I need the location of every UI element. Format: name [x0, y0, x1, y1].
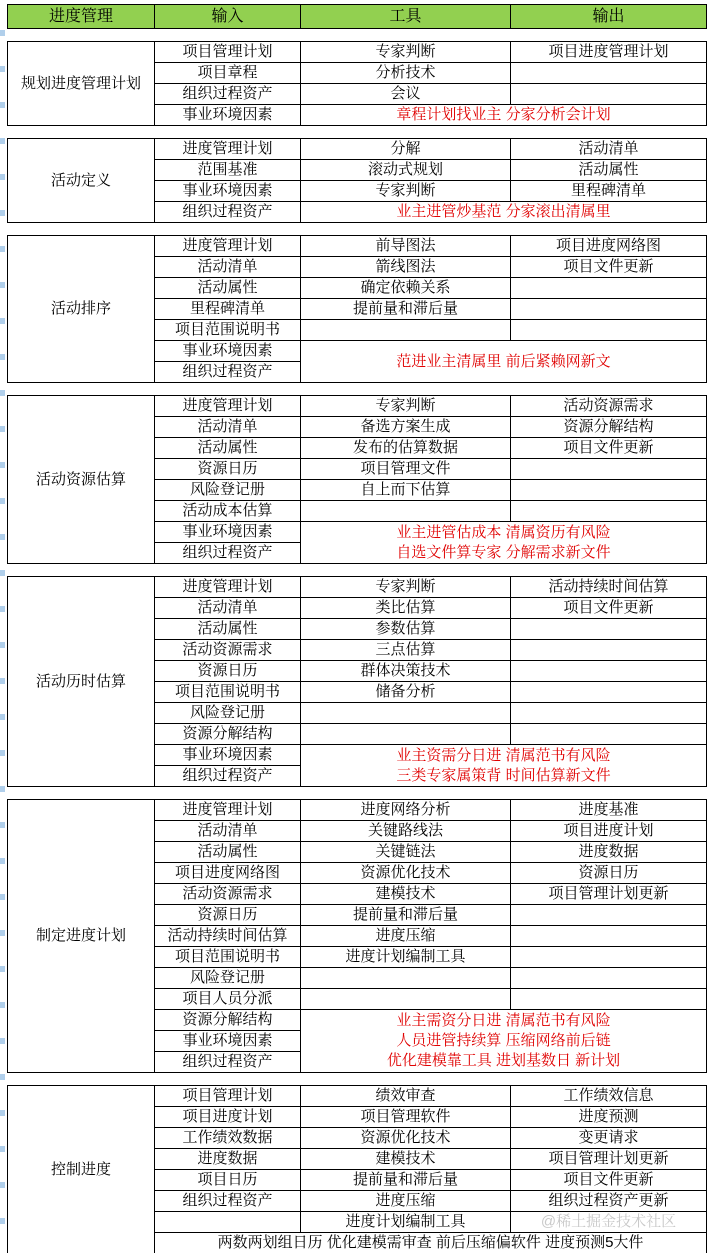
input-cell: 里程碑清单 [155, 299, 301, 320]
output-cell: 活动属性 [511, 160, 707, 181]
tool-cell: 项目管理软件 [301, 1107, 511, 1128]
watermark: @稀土掘金技术社区 [511, 1212, 707, 1233]
section-gap [7, 564, 707, 576]
section-label: 活动资源估算 [8, 396, 155, 564]
output-cell: 项目文件更新 [511, 598, 707, 619]
tool-cell: 提前量和滞后量 [301, 905, 511, 926]
input-cell: 事业环境因素 [155, 1031, 301, 1052]
input-cell: 组织过程资产 [155, 1191, 301, 1212]
tool-cell: 提前量和滞后量 [301, 299, 511, 320]
section-gap [7, 787, 707, 799]
tool-cell: 项目管理文件 [301, 459, 511, 480]
tool-cell: 资源优化技术 [301, 1128, 511, 1149]
tool-cell: 资源优化技术 [301, 863, 511, 884]
tool-cell: 自上而下估算 [301, 480, 511, 501]
tool-cell: 群体决策技术 [301, 661, 511, 682]
input-cell: 项目范围说明书 [155, 947, 301, 968]
tool-cell [301, 989, 511, 1010]
tool-cell: 备选方案生成 [301, 417, 511, 438]
tool-cell: 进度网络分析 [301, 800, 511, 821]
tool-cell: 专家判断 [301, 577, 511, 598]
output-cell: 项目管理计划更新 [511, 1149, 707, 1170]
output-cell [511, 63, 707, 84]
tool-cell: 绩效审查 [301, 1086, 511, 1107]
output-cell: 工作绩效信息 [511, 1086, 707, 1107]
header-cell-input: 输入 [155, 5, 301, 29]
tool-cell: 关键链法 [301, 842, 511, 863]
section-gap [7, 126, 707, 138]
input-cell: 风险登记册 [155, 968, 301, 989]
section-table: 控制进度项目管理计划绩效审查工作绩效信息项目进度计划项目管理软件进度预测工作绩效… [7, 1085, 707, 1253]
input-cell: 活动持续时间估算 [155, 926, 301, 947]
input-cell: 组织过程资产 [155, 766, 301, 787]
mnemonic-cell: 业主需资分日进 清属范书有风险人员进管持续算 压缩网络前后链优化建模靠工具 进划… [301, 1010, 707, 1073]
input-cell: 进度管理计划 [155, 800, 301, 821]
tool-cell: 建模技术 [301, 1149, 511, 1170]
section-gap [7, 223, 707, 235]
input-cell: 项目管理计划 [155, 1086, 301, 1107]
input-cell: 事业环境因素 [155, 745, 301, 766]
output-cell: 组织过程资产更新 [511, 1191, 707, 1212]
output-cell: 里程碑清单 [511, 181, 707, 202]
output-cell: 项目文件更新 [511, 257, 707, 278]
output-cell: 资源分解结构 [511, 417, 707, 438]
sections-container: 规划进度管理计划项目管理计划专家判断项目进度管理计划项目章程分析技术组织过程资产… [7, 29, 707, 1253]
tool-cell: 进度计划编制工具 [301, 1212, 511, 1233]
input-cell: 进度管理计划 [155, 139, 301, 160]
output-cell [511, 278, 707, 299]
input-cell: 事业环境因素 [155, 181, 301, 202]
mnemonic-cell: 业主进管估成本 清属资历有风险自选文件算专家 分解需求新文件 [301, 522, 707, 564]
section-table: 规划进度管理计划项目管理计划专家判断项目进度管理计划项目章程分析技术组织过程资产… [7, 41, 707, 126]
mnemonic-cell: 业主进管炒基范 分家滚出清属里 [301, 202, 707, 223]
input-cell: 资源分解结构 [155, 724, 301, 745]
input-cell: 工作绩效数据 [155, 1128, 301, 1149]
tool-cell [301, 501, 511, 522]
schedule-management-table: 进度管理 输入 工具 输出 规划进度管理计划项目管理计划专家判断项目进度管理计划… [7, 4, 707, 1253]
output-cell [511, 724, 707, 745]
section-table: 活动定义进度管理计划分解活动清单范围基准滚动式规划活动属性事业环境因素专家判断里… [7, 138, 707, 223]
tool-cell: 类比估算 [301, 598, 511, 619]
tool-cell: 分析技术 [301, 63, 511, 84]
section-label: 活动历时估算 [8, 577, 155, 787]
input-cell: 事业环境因素 [155, 522, 301, 543]
mnemonic-cell: 业主资需分日进 清属范书有风险三类专家属策背 时间估算新文件 [301, 745, 707, 787]
output-cell: 活动清单 [511, 139, 707, 160]
output-cell: 进度预测 [511, 1107, 707, 1128]
input-cell: 资源日历 [155, 459, 301, 480]
output-cell: 活动资源需求 [511, 396, 707, 417]
output-cell: 项目文件更新 [511, 438, 707, 459]
input-cell: 进度数据 [155, 1149, 301, 1170]
tool-cell [301, 320, 511, 341]
header-cell-tools: 工具 [301, 5, 511, 29]
output-cell [511, 703, 707, 724]
input-cell: 活动清单 [155, 598, 301, 619]
input-cell: 组织过程资产 [155, 84, 301, 105]
input-cell: 活动成本估算 [155, 501, 301, 522]
tool-cell: 滚动式规划 [301, 160, 511, 181]
input-cell: 进度管理计划 [155, 396, 301, 417]
input-cell: 组织过程资产 [155, 362, 301, 383]
section-gap [7, 383, 707, 395]
tool-cell: 储备分析 [301, 682, 511, 703]
header-cell-output: 输出 [511, 5, 707, 29]
output-cell [511, 299, 707, 320]
input-cell: 进度管理计划 [155, 577, 301, 598]
input-cell: 项目进度计划 [155, 1107, 301, 1128]
output-cell [511, 320, 707, 341]
output-cell [511, 926, 707, 947]
tool-cell: 前导图法 [301, 236, 511, 257]
tool-cell: 关键路线法 [301, 821, 511, 842]
tool-cell: 专家判断 [301, 181, 511, 202]
input-cell: 活动属性 [155, 278, 301, 299]
header-cell-process-group: 进度管理 [8, 5, 155, 29]
table-header-row: 进度管理 输入 工具 输出 [7, 4, 707, 29]
tool-cell: 进度压缩 [301, 926, 511, 947]
output-cell [511, 501, 707, 522]
output-cell: 项目进度网络图 [511, 236, 707, 257]
input-cell: 事业环境因素 [155, 105, 301, 126]
footer-mnemonic-cell: 两数两划组日历 优化建模需审查 前后压缩偏软件 进度预测5大件 [155, 1233, 707, 1253]
tool-cell [301, 724, 511, 745]
output-cell [511, 661, 707, 682]
output-cell: 项目进度管理计划 [511, 42, 707, 63]
tool-cell: 专家判断 [301, 396, 511, 417]
tool-cell: 箭线图法 [301, 257, 511, 278]
input-cell: 项目进度网络图 [155, 863, 301, 884]
output-cell: 项目文件更新 [511, 1170, 707, 1191]
output-cell: 进度基准 [511, 800, 707, 821]
output-cell [511, 968, 707, 989]
section-label: 活动定义 [8, 139, 155, 223]
tool-cell: 发布的估算数据 [301, 438, 511, 459]
output-cell: 进度数据 [511, 842, 707, 863]
input-cell: 风险登记册 [155, 703, 301, 724]
spreadsheet-left-edge-artifact [0, 0, 5, 1253]
tool-cell: 进度计划编制工具 [301, 947, 511, 968]
input-cell: 组织过程资产 [155, 202, 301, 223]
input-cell: 项目范围说明书 [155, 682, 301, 703]
input-cell: 活动属性 [155, 438, 301, 459]
input-cell: 项目人员分派 [155, 989, 301, 1010]
input-cell: 范围基准 [155, 160, 301, 181]
input-cell: 项目管理计划 [155, 42, 301, 63]
section-label: 制定进度计划 [8, 800, 155, 1073]
section-table: 活动历时估算进度管理计划专家判断活动持续时间估算活动清单类比估算项目文件更新活动… [7, 576, 707, 787]
input-cell: 活动属性 [155, 619, 301, 640]
tool-cell: 参数估算 [301, 619, 511, 640]
output-cell [511, 947, 707, 968]
tool-cell: 分解 [301, 139, 511, 160]
section-table: 活动资源估算进度管理计划专家判断活动资源需求活动清单备选方案生成资源分解结构活动… [7, 395, 707, 564]
tool-cell: 会议 [301, 84, 511, 105]
input-cell: 活动资源需求 [155, 640, 301, 661]
output-cell [511, 84, 707, 105]
section-table: 制定进度计划进度管理计划进度网络分析进度基准活动清单关键路线法项目进度计划活动属… [7, 799, 707, 1073]
output-cell: 资源日历 [511, 863, 707, 884]
input-cell: 进度管理计划 [155, 236, 301, 257]
tool-cell: 提前量和滞后量 [301, 1170, 511, 1191]
input-cell: 资源日历 [155, 661, 301, 682]
output-cell: 项目进度计划 [511, 821, 707, 842]
tool-cell: 建模技术 [301, 884, 511, 905]
input-cell [155, 1212, 301, 1233]
tool-cell: 三点估算 [301, 640, 511, 661]
input-cell: 活动清单 [155, 257, 301, 278]
input-cell: 活动清单 [155, 417, 301, 438]
input-cell: 风险登记册 [155, 480, 301, 501]
input-cell: 项目范围说明书 [155, 320, 301, 341]
output-cell: 活动持续时间估算 [511, 577, 707, 598]
tool-cell [301, 703, 511, 724]
input-cell: 活动资源需求 [155, 884, 301, 905]
tool-cell: 确定依赖关系 [301, 278, 511, 299]
output-cell [511, 640, 707, 661]
section-gap [7, 1073, 707, 1085]
input-cell: 活动属性 [155, 842, 301, 863]
input-cell: 项目章程 [155, 63, 301, 84]
output-cell [511, 905, 707, 926]
input-cell: 组织过程资产 [155, 543, 301, 564]
output-cell: 变更请求 [511, 1128, 707, 1149]
output-cell [511, 480, 707, 501]
section-label: 控制进度 [8, 1086, 155, 1253]
input-cell: 活动清单 [155, 821, 301, 842]
mnemonic-cell: 章程计划找业主 分家分析会计划 [301, 105, 707, 126]
section-gap [7, 29, 707, 41]
output-cell: 项目管理计划更新 [511, 884, 707, 905]
tool-cell: 专家判断 [301, 42, 511, 63]
section-table: 活动排序进度管理计划前导图法项目进度网络图活动清单箭线图法项目文件更新活动属性确… [7, 235, 707, 383]
input-cell: 资源日历 [155, 905, 301, 926]
mnemonic-cell: 范进业主清属里 前后紧赖网新文 [301, 341, 707, 383]
section-label: 活动排序 [8, 236, 155, 383]
input-cell: 项目日历 [155, 1170, 301, 1191]
output-cell [511, 459, 707, 480]
input-cell: 组织过程资产 [155, 1052, 301, 1073]
section-label: 规划进度管理计划 [8, 42, 155, 126]
tool-cell: 进度压缩 [301, 1191, 511, 1212]
input-cell: 事业环境因素 [155, 341, 301, 362]
output-cell [511, 682, 707, 703]
tool-cell [301, 968, 511, 989]
output-cell [511, 619, 707, 640]
input-cell: 资源分解结构 [155, 1010, 301, 1031]
output-cell [511, 989, 707, 1010]
